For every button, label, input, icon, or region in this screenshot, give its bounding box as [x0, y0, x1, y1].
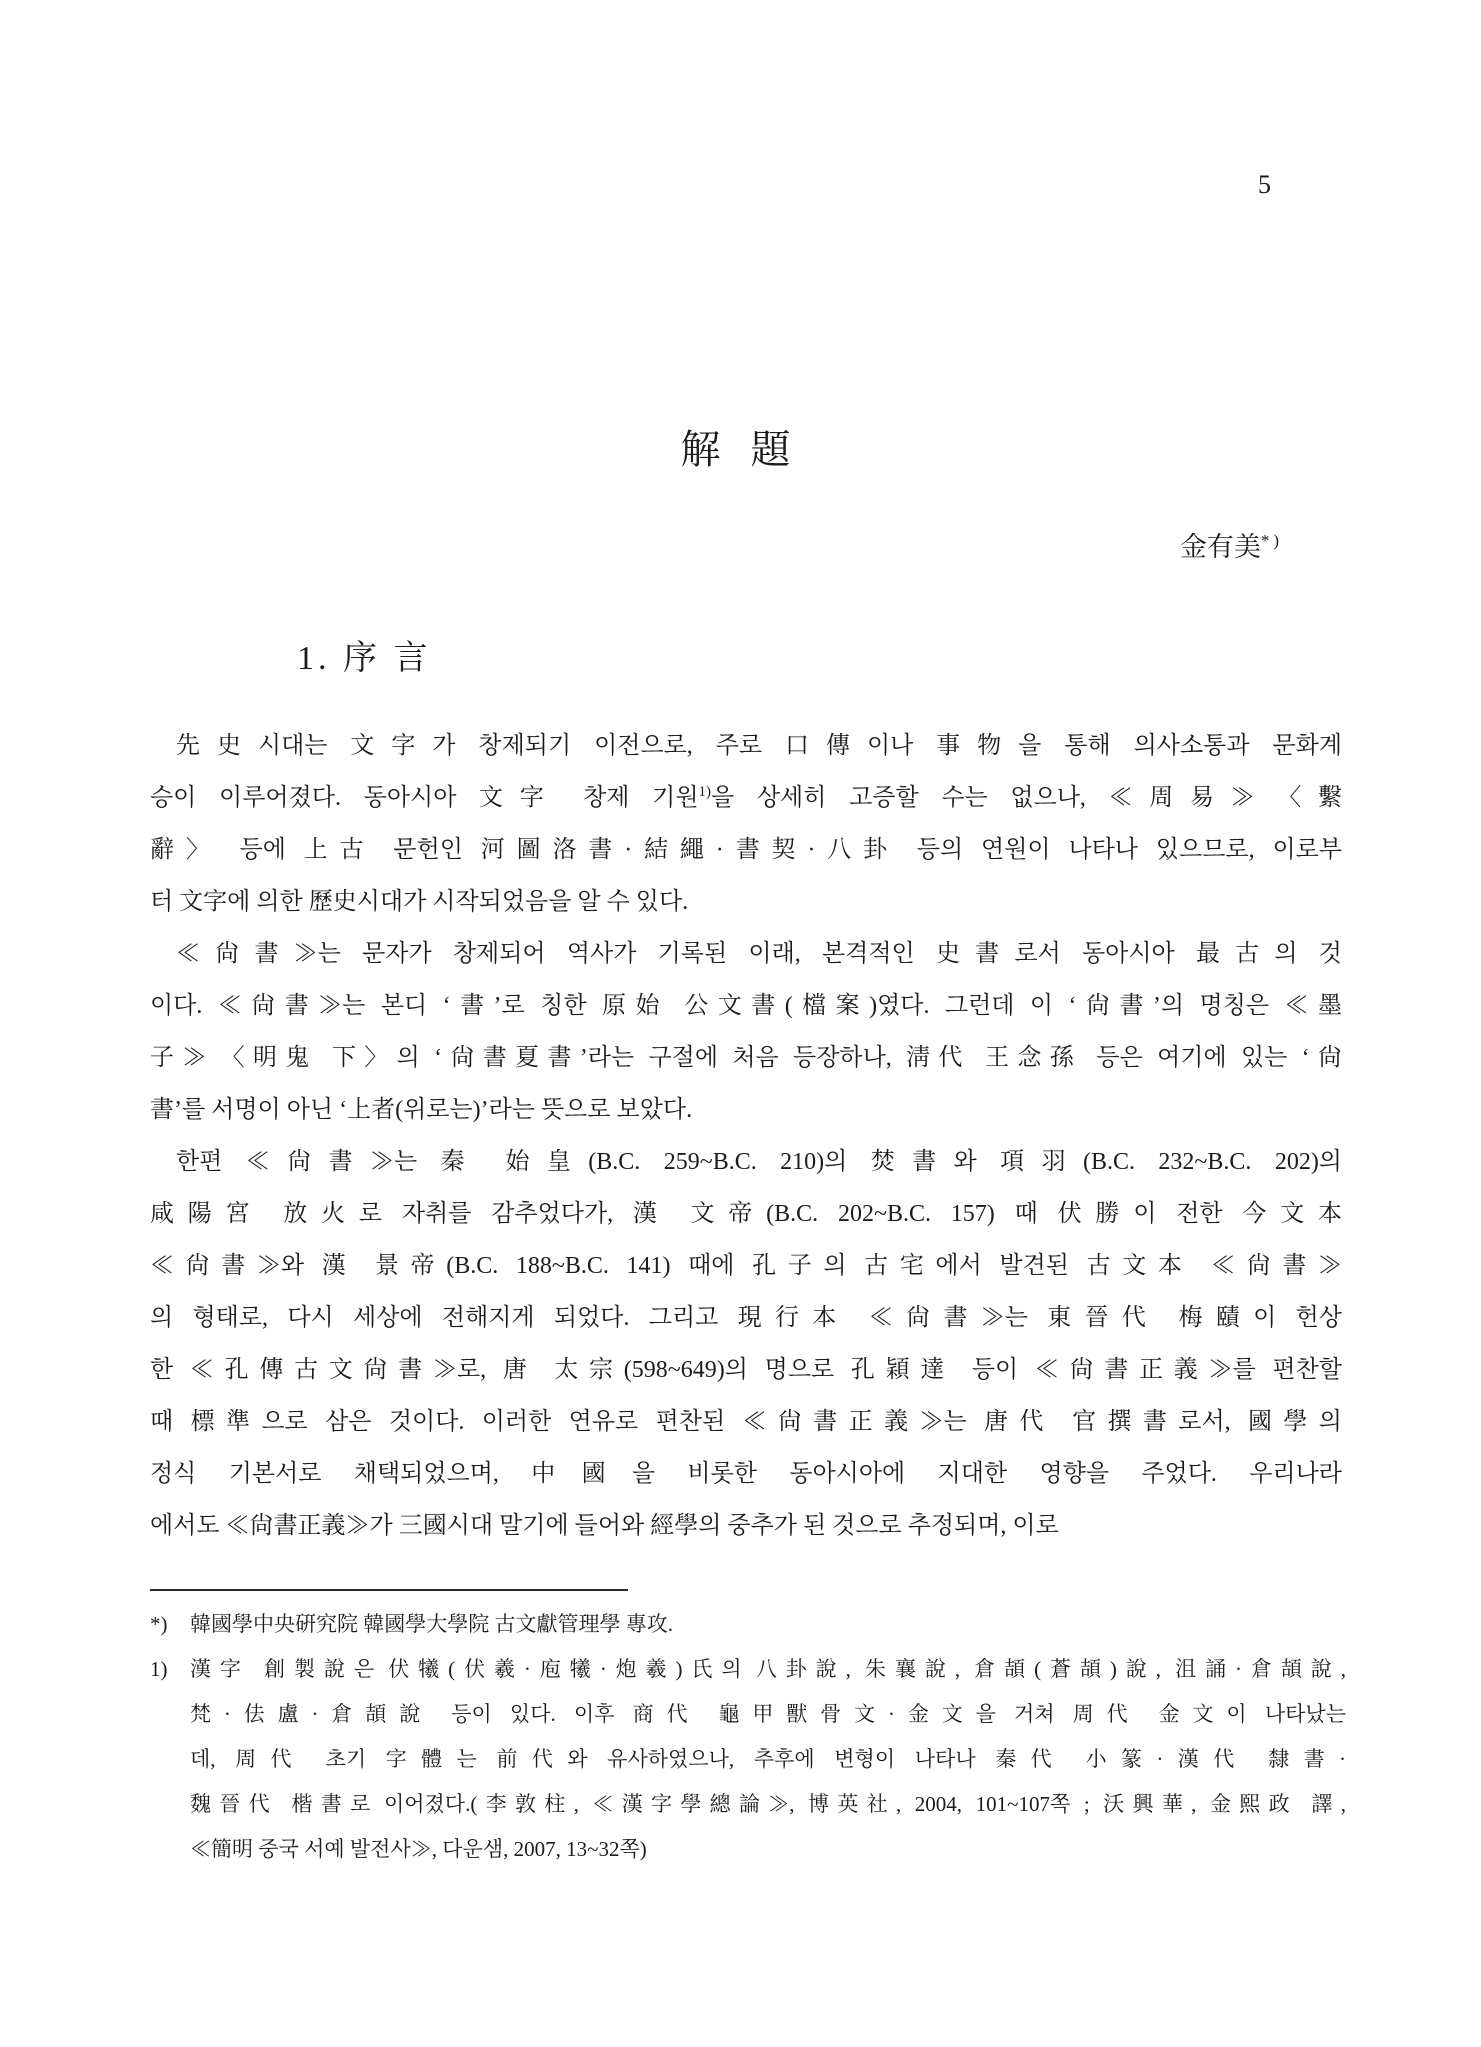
author-footnote-ref: *) [1261, 531, 1283, 550]
body-line: 이다. ≪尙書≫는 본디 ‘書’로 칭한 原始 公文書(檔案)였다. 그런데 이… [150, 980, 1342, 1032]
footnote-line: 魏晉代 楷書로 이어졌다.(李敦柱, ≪漢字學總論≫, 博英社, 2004, 1… [190, 1782, 1346, 1827]
footnote-star: *) 韓國學中央硏究院 韓國學大學院 古文獻管理學 專攻. [150, 1602, 1346, 1647]
page-number: 5 [1258, 172, 1271, 198]
footnote-line: ≪簡明 중국 서예 발전사≫, 다운샘, 2007, 13~32쪽) [190, 1827, 1346, 1872]
footnote-marker: 1) [150, 1647, 168, 1692]
line-segment: 승이 이루어졌다. 동아시아 文字 창제 기원 [150, 785, 699, 811]
footnote-line: 梵·佉盧·倉頡說 등이 있다. 이후 商代 龜甲獸骨文·金文을 거쳐 周代 金文… [190, 1692, 1346, 1737]
body-line: 子≫ 〈明鬼 下〉의 ‘尙書夏書’라는 구절에 처음 등장하나, 淸代 王念孫 … [150, 1032, 1342, 1084]
author-name: 金有美 [1180, 532, 1261, 562]
author-line: 金有美*) [1180, 531, 1283, 563]
body-line: 辭〉 등에 上古 문헌인 河圖洛書·結繩·書契·八卦 등의 연원이 나타나 있으… [150, 824, 1342, 876]
body-line: 先史시대는 文字가 창제되기 이전으로, 주로 口傳이나 事物을 통해 의사소통… [150, 720, 1342, 772]
body-text: 先史시대는 文字가 창제되기 이전으로, 주로 口傳이나 事物을 통해 의사소통… [150, 720, 1342, 1552]
body-line: ≪尙書≫와 漢 景帝(B.C. 188~B.C. 141) 때에 孔子의 古宅에… [150, 1240, 1342, 1292]
footnote-separator [150, 1589, 628, 1591]
body-line: 咸陽宮 放火로 자취를 감추었다가, 漢 文帝(B.C. 202~B.C. 15… [150, 1188, 1342, 1240]
body-line: 의 형태로, 다시 세상에 전해지게 되었다. 그리고 現行本 ≪尙書≫는 東晉… [150, 1292, 1342, 1344]
body-line: 승이 이루어졌다. 동아시아 文字 창제 기원1)을 상세히 고증할 수는 없으… [150, 772, 1342, 824]
body-line: 에서도 ≪尙書正義≫가 三國시대 말기에 들어와 經學의 중추가 된 것으로 추… [150, 1500, 1342, 1552]
body-line: 정식 기본서로 채택되었으며, 中國을 비롯한 동아시아에 지대한 영향을 주었… [150, 1448, 1342, 1500]
footnote-marker: *) [150, 1602, 168, 1647]
body-line: ≪尙書≫는 문자가 창제되어 역사가 기록된 이래, 본격적인 史書로서 동아시… [150, 928, 1342, 980]
body-line: 한 ≪孔傳古文尙書≫로, 唐 太宗(598~649)의 명으로 孔穎達 등이 ≪… [150, 1344, 1342, 1396]
body-line: 때 標準으로 삼은 것이다. 이러한 연유로 편찬된 ≪尙書正義≫는 唐代 官撰… [150, 1396, 1342, 1448]
paragraph-3: 한편 ≪尙書≫는 秦 始皇(B.C. 259~B.C. 210)의 焚書와 項羽… [150, 1136, 1342, 1552]
document-title: 解 題 [0, 430, 1481, 470]
body-line: 書’를 서명이 아닌 ‘上者(위로는)’라는 뜻으로 보았다. [150, 1084, 1342, 1136]
section-heading: 1. 序 言 [297, 642, 432, 676]
line-segment: 을 상세히 고증할 수는 없으나, ≪周易≫ 〈繫 [711, 785, 1342, 811]
document-page: 5 解 題 金有美*) 1. 序 言 先史시대는 文字가 창제되기 이전으로, … [0, 0, 1481, 2047]
footnote-reference-1: 1) [699, 784, 712, 800]
footnote-line: 漢字 創製說은 伏犧(伏羲·庖犧·炮羲)氏의 八卦說, 朱襄說, 倉頡(蒼頡)說… [190, 1647, 1346, 1692]
body-line: 한편 ≪尙書≫는 秦 始皇(B.C. 259~B.C. 210)의 焚書와 項羽… [150, 1136, 1342, 1188]
footnote-line: 韓國學中央硏究院 韓國學大學院 古文獻管理學 專攻. [190, 1602, 1346, 1647]
footnotes: *) 韓國學中央硏究院 韓國學大學院 古文獻管理學 專攻. 1) 漢字 創製說은… [150, 1602, 1346, 1872]
footnote-line: 데, 周代 초기 字體는 前代와 유사하였으나, 추후에 변형이 나타나 秦代 … [190, 1737, 1346, 1782]
paragraph-2: ≪尙書≫는 문자가 창제되어 역사가 기록된 이래, 본격적인 史書로서 동아시… [150, 928, 1342, 1136]
footnote-1: 1) 漢字 創製說은 伏犧(伏羲·庖犧·炮羲)氏의 八卦說, 朱襄說, 倉頡(蒼… [150, 1647, 1346, 1872]
body-line: 터 文字에 의한 歷史시대가 시작되었음을 알 수 있다. [150, 876, 1342, 928]
paragraph-1: 先史시대는 文字가 창제되기 이전으로, 주로 口傳이나 事物을 통해 의사소통… [150, 720, 1342, 928]
